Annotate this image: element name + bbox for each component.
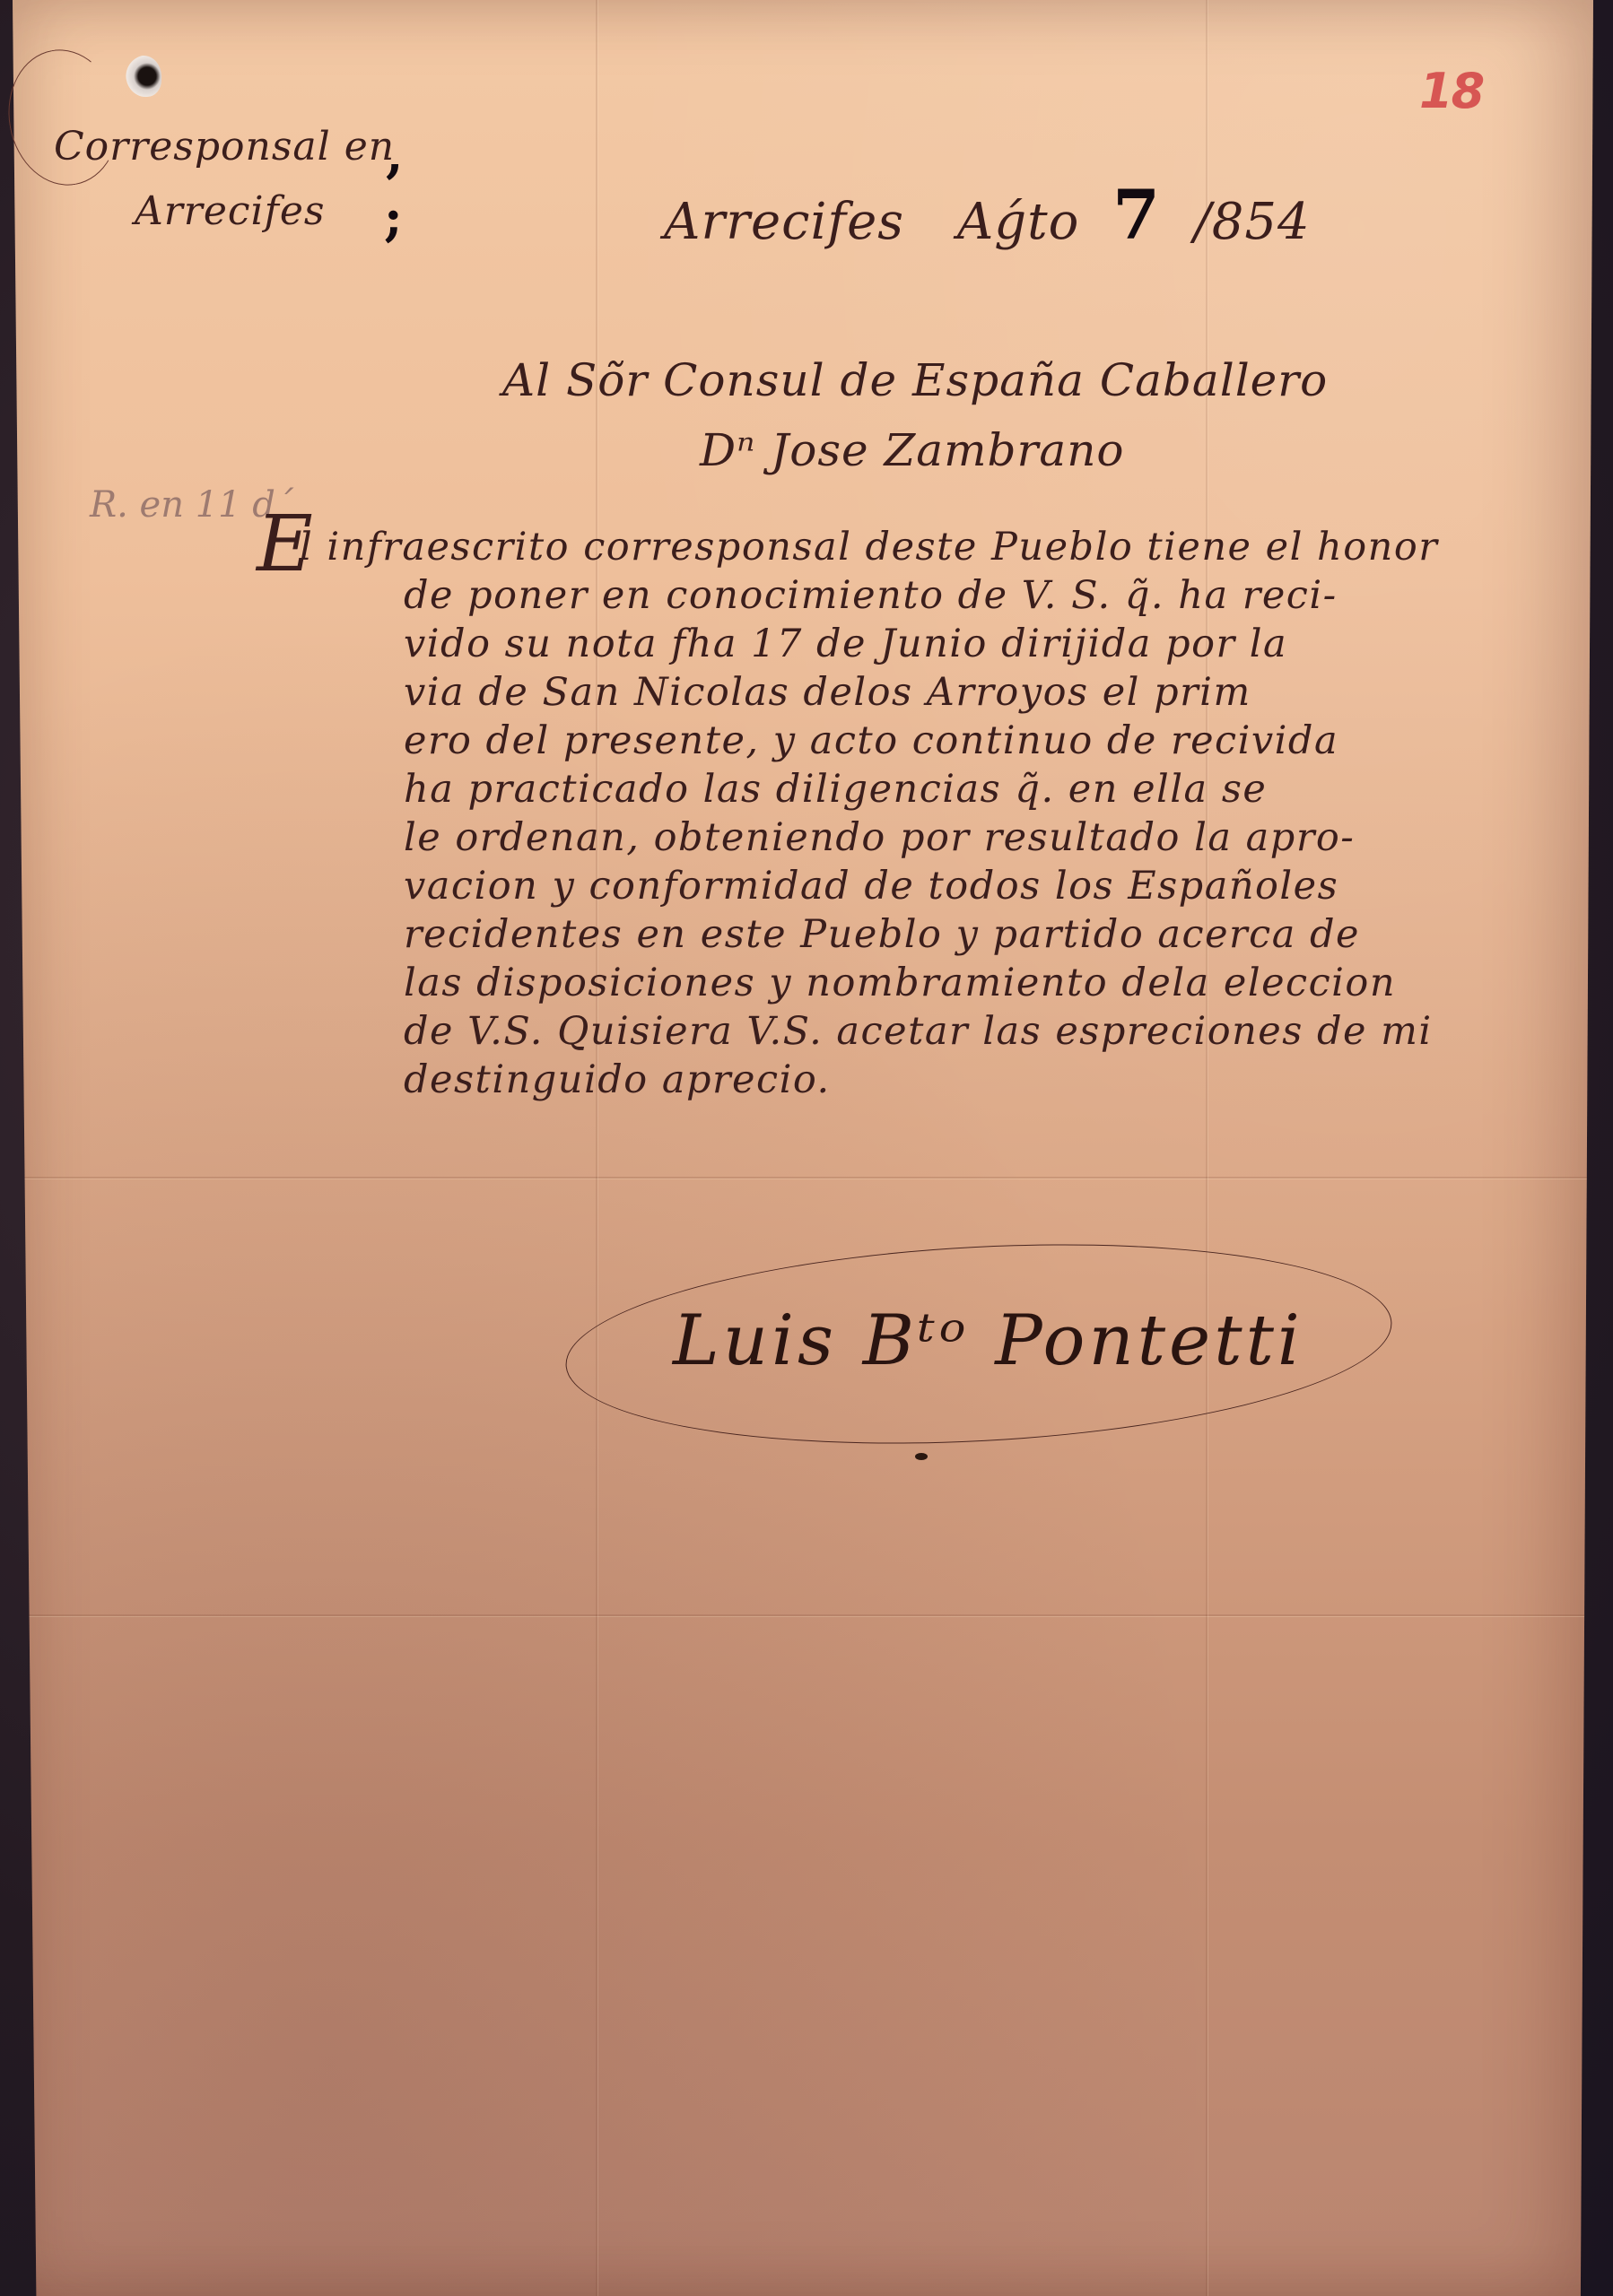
header-mark-1: , <box>386 126 405 185</box>
body-line-6: ha practicado las diligencias q̃. en ell… <box>404 767 1578 815</box>
body-line-8: vacion y conformidad de todos los Españo… <box>404 864 1578 912</box>
paper-hole <box>126 56 161 97</box>
ink-blot <box>915 1453 928 1460</box>
body-line-3: vido su nota fha 17 de Junio dirijida po… <box>404 622 1578 670</box>
letter-sheet <box>13 0 1593 2296</box>
margin-header: Corresponsal en Arrecifes <box>54 115 395 244</box>
folio-number: 18 <box>1419 63 1483 119</box>
letter-body: E l infraescrito corresponsal deste Pueb… <box>269 525 1443 1106</box>
body-line-10: las disposiciones y nombramiento dela el… <box>404 961 1578 1009</box>
fold-line-horizontal <box>13 1177 1593 1178</box>
fold-line-vertical-left <box>596 0 597 2296</box>
fold-line-horizontal-lower <box>13 1614 1593 1616</box>
addressee-line2: Dⁿ Jose Zambrano <box>502 415 1328 485</box>
body-line-7: le ordenan, obteniendo por resultado la … <box>404 815 1578 864</box>
body-line-11: de V.S. Quisiera V.S. acetar las espreci… <box>404 1009 1578 1057</box>
margin-header-line1: Corresponsal en <box>54 115 395 179</box>
body-line-2: de poner en conocimiento de V. S. q̃. ha… <box>404 573 1578 622</box>
body-line-12: destinguido aprecio. <box>404 1057 1578 1106</box>
body-line-5: ero del presente, y acto continuo de rec… <box>404 718 1578 767</box>
fold-line-vertical-right <box>1206 0 1208 2296</box>
header-mark-2: ; <box>384 188 404 248</box>
signature-block: Luis Bᵗᵒ Pontetti <box>565 1247 1399 1453</box>
addressee: Al Sõr Consul de España Caballero Dⁿ Jos… <box>502 345 1328 485</box>
margin-header-line2: Arrecifes <box>54 179 395 244</box>
date-year: /854 <box>1194 193 1311 251</box>
body-line-1: E l infraescrito corresponsal deste Pueb… <box>264 525 1438 573</box>
addressee-line1: Al Sõr Consul de España Caballero <box>502 345 1328 415</box>
signature-name: Luis Bᵗᵒ Pontetti <box>673 1300 1303 1381</box>
date-month: Aǵto <box>957 193 1080 251</box>
date-day: 7 <box>1112 175 1161 255</box>
body-line-9: recidentes en este Pueblo y partido acer… <box>404 912 1578 961</box>
body-line-4: via de San Nicolas delos Arroyos el prim <box>404 670 1578 718</box>
date-place: Arrecifes <box>664 193 904 251</box>
body-initial: E <box>257 500 314 589</box>
date-line: Arrecifes Aǵto 7 /854 <box>664 175 1311 255</box>
